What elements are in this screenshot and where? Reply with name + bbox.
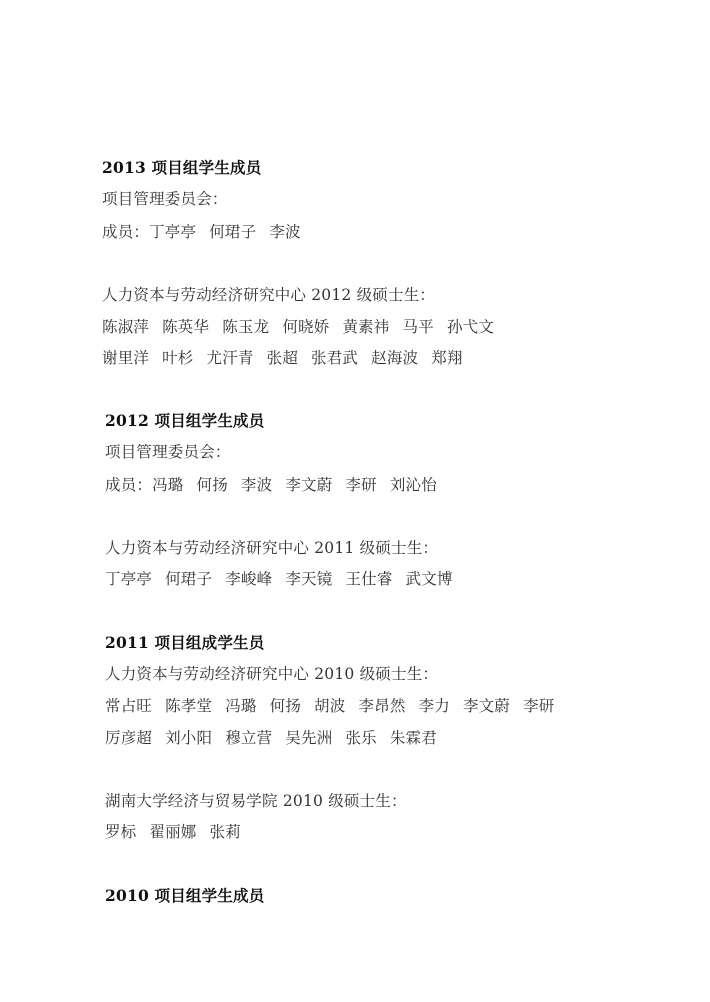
member-name: 李昂然 bbox=[358, 696, 405, 716]
member-name: 罗标 bbox=[105, 822, 136, 842]
member-name: 刘沁怡 bbox=[390, 475, 437, 495]
member-name: 马平 bbox=[403, 317, 434, 337]
member-name: 丁亭亭 bbox=[105, 569, 152, 589]
group2-label-2011: 湖南大学经济与贸易学院 2010 级硕士生： bbox=[105, 791, 407, 811]
committee-label-2012: 项目管理委员会： bbox=[105, 442, 231, 462]
member-name: 吴先洲 bbox=[285, 728, 332, 748]
member-name: 陈英华 bbox=[162, 317, 209, 337]
member-name: 朱霖君 bbox=[390, 728, 437, 748]
member-name: 李天镜 bbox=[285, 569, 332, 589]
group2-row-2011-1: 罗标翟丽娜张莉 bbox=[105, 822, 241, 842]
committee-label-2013: 项目管理委员会： bbox=[102, 189, 228, 209]
member-name: 叶杉 bbox=[162, 348, 193, 368]
member-name: 李文蔚 bbox=[463, 696, 510, 716]
member-name: 陈玉龙 bbox=[222, 317, 269, 337]
member-name: 冯璐 bbox=[225, 696, 256, 716]
member-name: 丁亭亭 bbox=[149, 222, 196, 242]
member-name: 李波 bbox=[269, 222, 300, 242]
member-name: 尤汗青 bbox=[207, 348, 254, 368]
member-name: 郑翔 bbox=[431, 348, 462, 368]
committee-prefix: 成员： bbox=[105, 475, 152, 495]
member-name: 常占旺 bbox=[105, 696, 152, 716]
member-name: 李文蔚 bbox=[285, 475, 332, 495]
member-name: 王仕睿 bbox=[345, 569, 392, 589]
section-heading-2011: 2011 项目组成学生员 bbox=[105, 633, 264, 653]
member-name: 冯璐 bbox=[152, 475, 183, 495]
member-name: 李峻峰 bbox=[225, 569, 272, 589]
member-name: 武文博 bbox=[406, 569, 453, 589]
member-name: 赵海波 bbox=[371, 348, 418, 368]
member-name: 厉彦超 bbox=[105, 728, 152, 748]
group-label-2012: 人力资本与劳动经济研究中心 2011 级硕士生： bbox=[105, 538, 438, 558]
member-name: 何珺子 bbox=[165, 569, 212, 589]
member-name: 陈淑萍 bbox=[102, 317, 149, 337]
member-name: 张君武 bbox=[311, 348, 358, 368]
member-name: 何晓娇 bbox=[282, 317, 329, 337]
member-name: 何扬 bbox=[270, 696, 301, 716]
member-name: 刘小阳 bbox=[165, 728, 212, 748]
member-name: 陈孝堂 bbox=[165, 696, 212, 716]
document-page: 2013 项目组学生成员 项目管理委员会： 成员：丁亭亭何珺子李波 人力资本与劳… bbox=[0, 0, 710, 1002]
member-name: 穆立营 bbox=[225, 728, 272, 748]
group-label-2011: 人力资本与劳动经济研究中心 2010 级硕士生： bbox=[105, 664, 438, 684]
member-name: 张乐 bbox=[345, 728, 376, 748]
committee-members-2012: 成员：冯璐何扬李波李文蔚李研刘沁怡 bbox=[105, 475, 437, 495]
member-name: 李波 bbox=[241, 475, 272, 495]
member-name: 何珺子 bbox=[209, 222, 256, 242]
group-label-2013: 人力资本与劳动经济研究中心 2012 级硕士生： bbox=[102, 285, 435, 305]
member-name: 黄素祎 bbox=[342, 317, 389, 337]
member-name: 翟丽娜 bbox=[149, 822, 196, 842]
member-name: 孙弋文 bbox=[447, 317, 494, 337]
group-row-2013-2: 谢里洋叶杉尤汗青张超张君武赵海波郑翔 bbox=[102, 348, 463, 368]
member-name: 张莉 bbox=[210, 822, 241, 842]
member-name: 何扬 bbox=[197, 475, 228, 495]
group-row-2011-2: 厉彦超刘小阳穆立营吴先洲张乐朱霖君 bbox=[105, 728, 437, 748]
member-name: 张超 bbox=[267, 348, 298, 368]
member-name: 李力 bbox=[419, 696, 450, 716]
committee-members-2013: 成员：丁亭亭何珺子李波 bbox=[102, 222, 301, 242]
member-name: 李研 bbox=[345, 475, 376, 495]
section-heading-2013: 2013 项目组学生成员 bbox=[102, 158, 261, 178]
section-heading-2012: 2012 项目组学生成员 bbox=[105, 411, 264, 431]
group-row-2013-1: 陈淑萍陈英华陈玉龙何晓娇黄素祎马平孙弋文 bbox=[102, 317, 494, 337]
section-heading-2010: 2010 项目组学生成员 bbox=[105, 886, 264, 906]
group-row-2012-1: 丁亭亭何珺子李峻峰李天镜王仕睿武文博 bbox=[105, 569, 453, 589]
member-name: 胡波 bbox=[314, 696, 345, 716]
member-name: 谢里洋 bbox=[102, 348, 149, 368]
group-row-2011-1: 常占旺陈孝堂冯璐何扬胡波李昂然李力李文蔚李研 bbox=[105, 696, 554, 716]
committee-prefix: 成员： bbox=[102, 222, 149, 242]
member-name: 李研 bbox=[523, 696, 554, 716]
